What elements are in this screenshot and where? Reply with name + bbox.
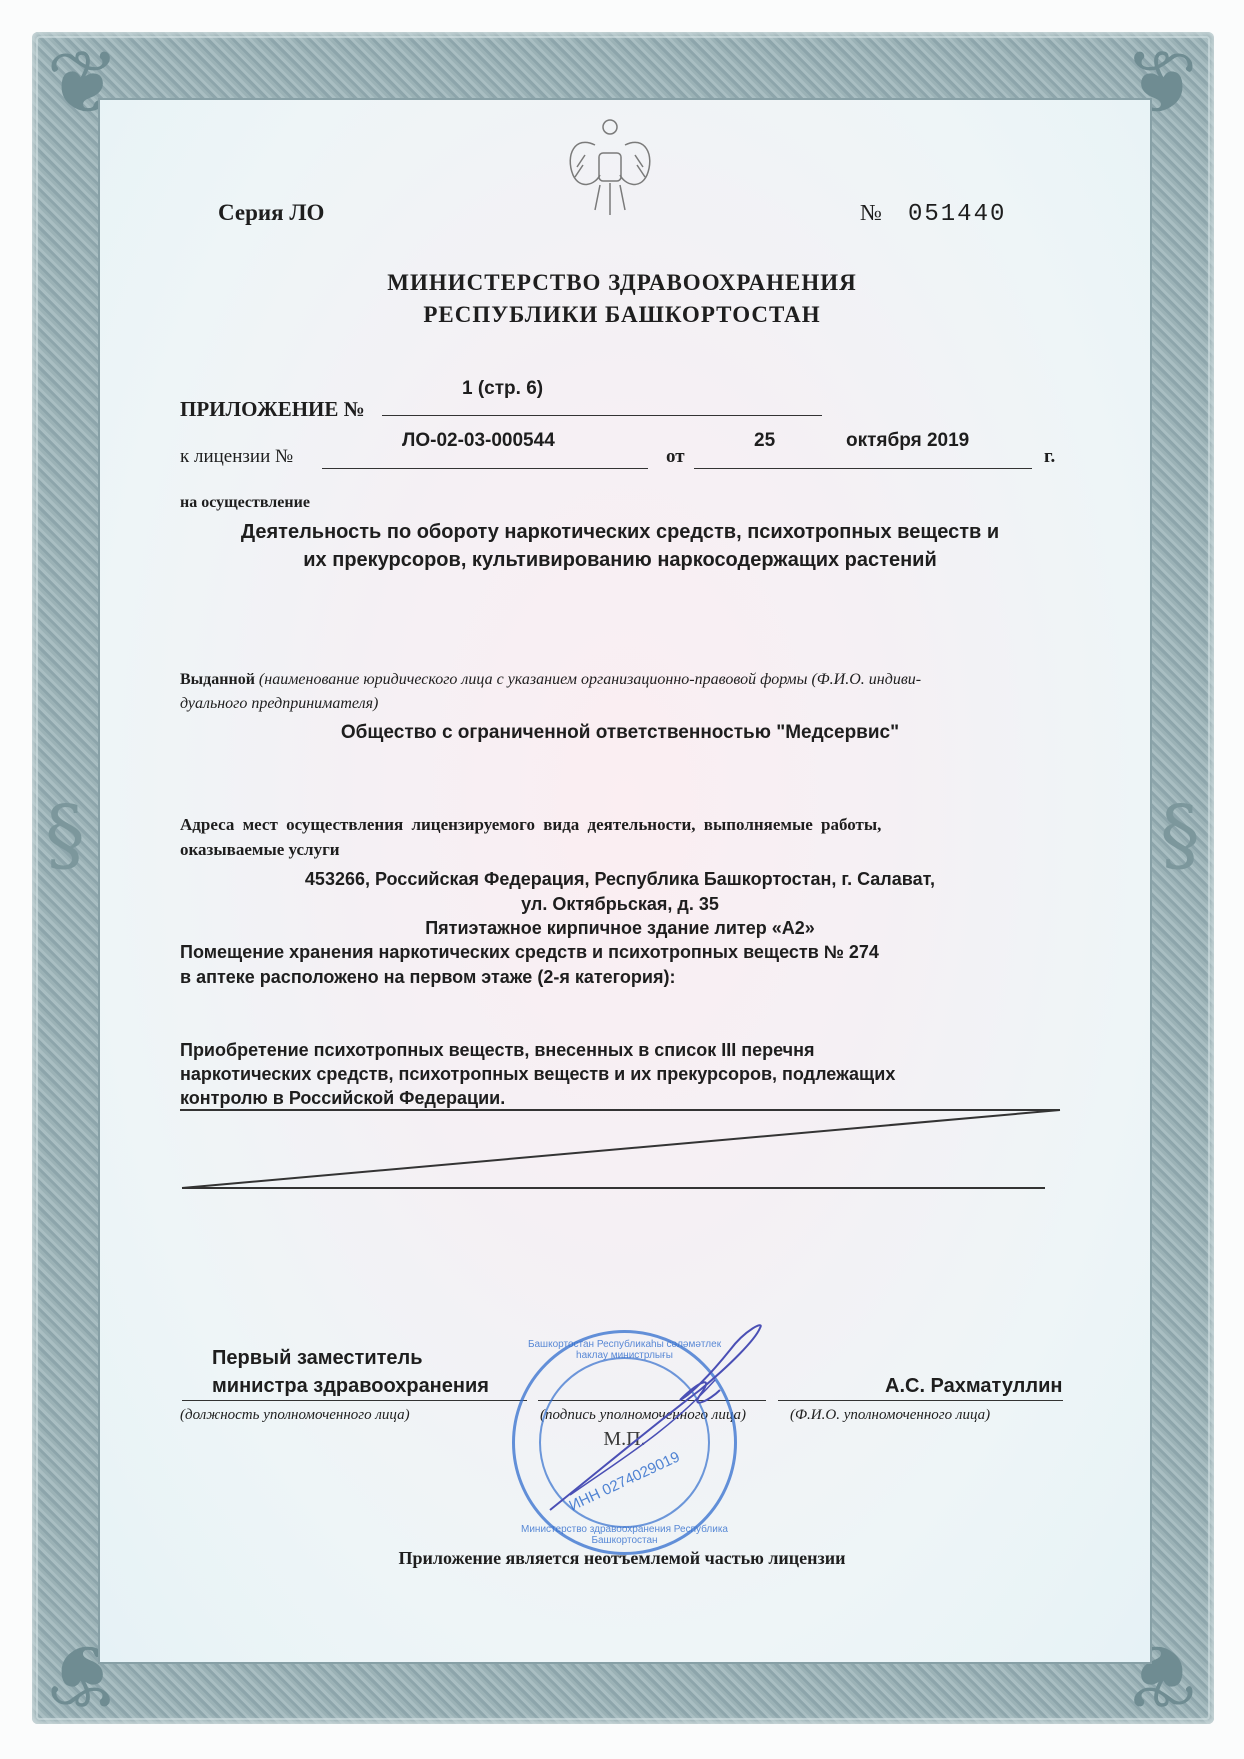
address-line2: ул. Октябрьская, д. 35 [160,894,1080,915]
number-value: 051440 [908,201,1006,228]
date-month-year: октября 2019 [846,430,969,452]
form-number: №051440 [860,200,1006,228]
date-underline [694,468,1032,469]
organization-name: Общество с ограниченной ответственностью… [160,722,1080,744]
addresses-label-line2: оказываемые услуги [180,840,340,860]
license-underline [322,468,648,469]
address-line1: 453266, Российская Федерация, Республика… [160,869,1080,890]
license-number: ЛО-02-03-000544 [402,430,555,452]
handwritten-signature [540,1320,780,1520]
signer-name: А.С. Рахматуллин [885,1375,1062,1398]
purpose-label: на осуществление [180,494,310,512]
caption-position: (должность уполномоченного лица) [180,1407,410,1424]
address-line3: Пятиэтажное кирпичное здание литер «А2» [160,918,1080,939]
premises-line2: в аптеке расположено на первом этаже (2-… [180,967,675,988]
addresses-label-line1: Адреса мест осуществления лицензируемого… [180,815,881,835]
signer-position-line1: Первый заместитель [212,1347,423,1370]
issued-hint-line1: (наименование юридического лица с указан… [259,671,921,688]
issued-hint-line2: дуального предпринимателя) [180,695,378,713]
date-day: 25 [754,430,775,452]
license-label: к лицензии № [180,446,293,468]
from-label: от [666,446,685,468]
z-strike-lines [170,1100,1070,1200]
works-line2: наркотических средств, психотропных веще… [180,1064,895,1085]
year-suffix: г. [1044,446,1055,468]
caption-name: (Ф.И.О. уполномоченного лица) [790,1407,990,1424]
ministry-title-line1: МИНИСТЕРСТВО ЗДРАВООХРАНЕНИЯ [0,270,1244,296]
activity-line2: их прекурсоров, культивированию наркосод… [160,549,1080,572]
series-label: Серия ЛО [218,200,324,226]
side-ornament-icon: § [30,775,100,895]
works-line1: Приобретение психотропных веществ, внесе… [180,1040,815,1061]
side-ornament-icon: § [1145,775,1215,895]
seal-rim-bottom: Министерство здравоохранения Республика … [515,1524,734,1546]
issued-hint: Выданной (наименование юридического лица… [180,671,921,689]
activity-line1: Деятельность по обороту наркотических ср… [160,521,1080,544]
premises-line1: Помещение хранения наркотических средств… [180,942,879,963]
appendix-underline [382,415,822,416]
coat-of-arms-icon [555,115,665,225]
position-underline [182,1400,527,1401]
name-underline [778,1400,1063,1401]
appendix-label: ПРИЛОЖЕНИЕ № [180,397,365,422]
number-sign: № [860,200,882,225]
appendix-value: 1 (стр. 6) [462,378,543,400]
footer-note: Приложение является неотъемлемой частью … [0,1548,1244,1569]
issued-label: Выданной [180,671,255,688]
ministry-title-line2: РЕСПУБЛИКИ БАШКОРТОСТАН [0,302,1244,328]
signer-position-line2: министра здравоохранения [212,1375,489,1398]
